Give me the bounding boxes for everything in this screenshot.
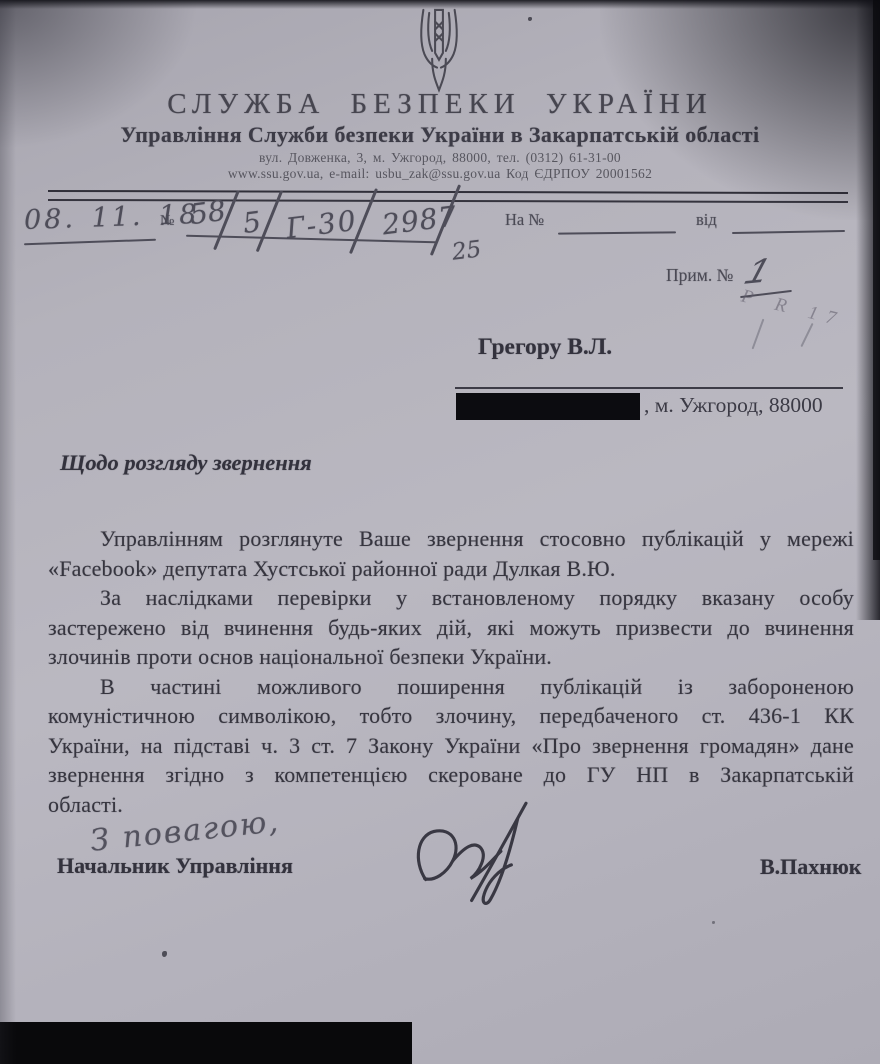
signer-title: Начальник Управління (57, 853, 293, 879)
redaction-bar-bottom (0, 1022, 412, 1064)
photo-shadow-left-edge (0, 0, 16, 1064)
subject-line: Щодо розгляду звернення (60, 450, 312, 476)
date-underline (24, 239, 156, 246)
paper-speck (712, 921, 715, 924)
pencil-annotation: Р R 17 (739, 286, 847, 333)
pencil-stroke (800, 323, 813, 347)
body-line: За наслідками перевірки у встановленому … (48, 583, 854, 613)
photo-shadow-right-edge-dark (873, 0, 880, 560)
photo-shadow-top-left (0, 0, 200, 150)
ref-number-part: 2987 (380, 200, 459, 242)
incoming-number-blank-line (558, 231, 676, 234)
signer-name: В.Пахнюк (760, 854, 861, 880)
ukraine-coat-of-arms-icon (414, 7, 464, 98)
body-line: комуністичною символікою, тобто злочину,… (48, 701, 854, 731)
copies-label: Прим. № (666, 265, 733, 286)
body-line: злочинів проти основ національної безпек… (48, 642, 854, 672)
body-line: застережено від вчинення будь-яких дій, … (48, 613, 854, 643)
scanned-letter-photo: СЛУЖБА БЕЗПЕКИ УКРАЇНИ Управління Служби… (0, 0, 880, 1064)
body-line: України, на підставі ч. 3 ст. 7 Закону У… (48, 731, 854, 761)
letter-body: Управлінням розглянуте Ваше звернення ст… (48, 524, 854, 819)
number-sign-label: № (160, 213, 174, 230)
paper-speck (162, 951, 167, 957)
body-line: «Facebook» депутата Хустської районної р… (48, 554, 854, 584)
addressee-city: , м. Ужгород, 88000 (644, 393, 823, 418)
pencil-stroke (752, 319, 765, 350)
incoming-number-label: На № (505, 210, 544, 230)
redaction-bar-address (456, 393, 640, 420)
body-line: В частині можливого поширення публікацій… (48, 672, 854, 702)
ref-number-part: 5 (241, 205, 263, 240)
signature-scribble (405, 798, 555, 918)
from-date-blank-line (732, 230, 845, 234)
paper-speck (528, 17, 532, 21)
body-line: Управлінням розглянуте Ваше звернення ст… (48, 524, 854, 554)
photo-shadow-top-edge (0, 0, 880, 9)
ref-number-part: 25 (451, 236, 483, 265)
photo-shadow-top-right (600, 0, 880, 220)
addressee-name: Грегору В.Л. (478, 334, 612, 361)
addressee-rule (455, 387, 843, 389)
body-line: звернення згідно з компетенцією скерован… (48, 760, 854, 790)
